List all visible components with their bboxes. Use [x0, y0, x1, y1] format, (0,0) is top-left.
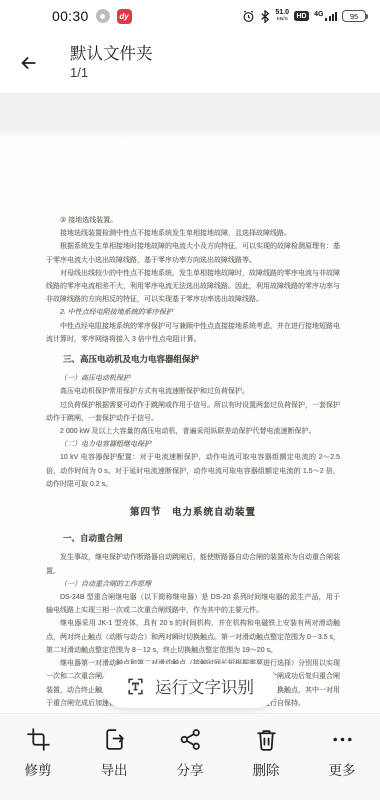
- delete-label: 删除: [253, 759, 280, 779]
- share-icon: [178, 727, 203, 752]
- clock-time: 00:30: [52, 8, 89, 24]
- screen-record-icon: [96, 9, 110, 23]
- doc-line: 过负荷保护根据需要可动作于跳闸或作用于信号。所以有时设置两套过负荷保护，一套保护…: [46, 399, 340, 425]
- bluetooth-icon: [260, 10, 270, 23]
- network-speed: 51.0 KB/S: [275, 10, 289, 23]
- document-viewer-app: 00:30 dy 51.0 KB/S HD 4G 95: [0, 0, 380, 800]
- folder-title: 默认文件夹: [70, 44, 153, 64]
- crop-label: 修剪: [25, 759, 52, 779]
- crop-icon: [26, 727, 51, 752]
- doc-line: 继电器采用 JK-1 型壳体，具有 20 s 的时间机构，并在机构和电磁铁上安装…: [46, 617, 340, 657]
- doc-line: （二）电力电容器组继电保护: [46, 438, 340, 451]
- content-divider: [0, 93, 380, 130]
- document-text: ② 接地选线装置。接地选线装置检测中性点不接地系统发生单相接地故障，且选择故障线…: [0, 130, 380, 713]
- page-indicator: 1/1: [70, 64, 153, 81]
- doc-line: 对母线出线较少的中性点不接地系统，发生单相接地故障时，故障线路的零序电流与非故障…: [46, 267, 340, 307]
- more-label: 更多: [329, 759, 356, 779]
- more-icon: [330, 727, 355, 752]
- doc-line: 发生事故，继电保护动作断路器自动跳闸后，能使断路器自动合闸的装置称为自动重合闸装…: [46, 551, 340, 577]
- bottom-toolbar: 修剪 导出 分享 删除: [0, 713, 380, 800]
- doc-line: 2. 中性点经电阻接地系统的零序保护: [46, 306, 340, 319]
- export-button[interactable]: 导出: [76, 727, 152, 779]
- doc-line: DS-24B 型重合闸继电器（以下简称继电器）是 DS-20 系列时间继电器的派…: [46, 591, 340, 617]
- doc-line: ② 接地选线装置。: [46, 214, 340, 227]
- run-ocr-label: 运行文字识别: [155, 674, 254, 698]
- crop-button[interactable]: 修剪: [0, 727, 76, 779]
- douyin-notification-icon: dy: [117, 9, 132, 24]
- doc-line: 2 000 kW 及以上大容量的高压电动机，普遍采用纵联差动保护代替电流速断保护…: [46, 425, 340, 438]
- doc-line: 根据系统发生单相接地时接地故障的电流大小及方向特征，可以实现的故障检测原理有：基…: [46, 240, 340, 266]
- back-button[interactable]: [14, 48, 44, 78]
- doc-line: （一）自动重合闸的工作原理: [46, 578, 340, 591]
- cellular-signal-icon: 4G: [314, 12, 337, 21]
- doc-line: 第四节 电力系统自动装置: [46, 506, 340, 519]
- share-button[interactable]: 分享: [152, 727, 228, 779]
- app-header: 默认文件夹 1/1: [0, 32, 380, 93]
- scanned-page[interactable]: ② 接地选线装置。接地选线装置检测中性点不接地系统发生单相接地故障，且选择故障线…: [0, 130, 380, 713]
- doc-line: 三、高压电动机及电力电容器组保护: [46, 353, 340, 366]
- export-icon: [102, 727, 127, 752]
- battery-indicator: 95: [342, 10, 368, 22]
- doc-line: 一、自动重合闸: [46, 532, 340, 545]
- status-bar: 00:30 dy 51.0 KB/S HD 4G 95: [0, 0, 380, 32]
- alarm-icon: [242, 10, 255, 23]
- more-button[interactable]: 更多: [304, 727, 380, 779]
- back-arrow-icon: [18, 52, 40, 74]
- delete-button[interactable]: 删除: [228, 727, 304, 779]
- export-label: 导出: [101, 759, 128, 779]
- hd-badge: HD: [294, 11, 309, 21]
- trash-icon: [254, 727, 279, 752]
- doc-line: （一）高压电动机保护: [46, 372, 340, 385]
- doc-line: 10 kV 电容器保护配置：对于电流速断保护，动作电流可取电容器组额定电流的 2…: [46, 451, 340, 491]
- run-ocr-button[interactable]: 运行文字识别: [102, 664, 278, 708]
- doc-line: 接地选线装置检测中性点不接地系统发生单相接地故障，且选择故障线路。: [46, 227, 340, 240]
- text-recognition-icon: [126, 677, 145, 696]
- doc-line: 中性点经电阻接地系统的零序保护可与兼顾中性点直接接地系统考虑，并在进行接地短路电…: [46, 320, 340, 346]
- doc-line: 高压电动机保护常用保护方式有电流速断保护和过负荷保护。: [46, 385, 340, 398]
- share-label: 分享: [177, 759, 204, 779]
